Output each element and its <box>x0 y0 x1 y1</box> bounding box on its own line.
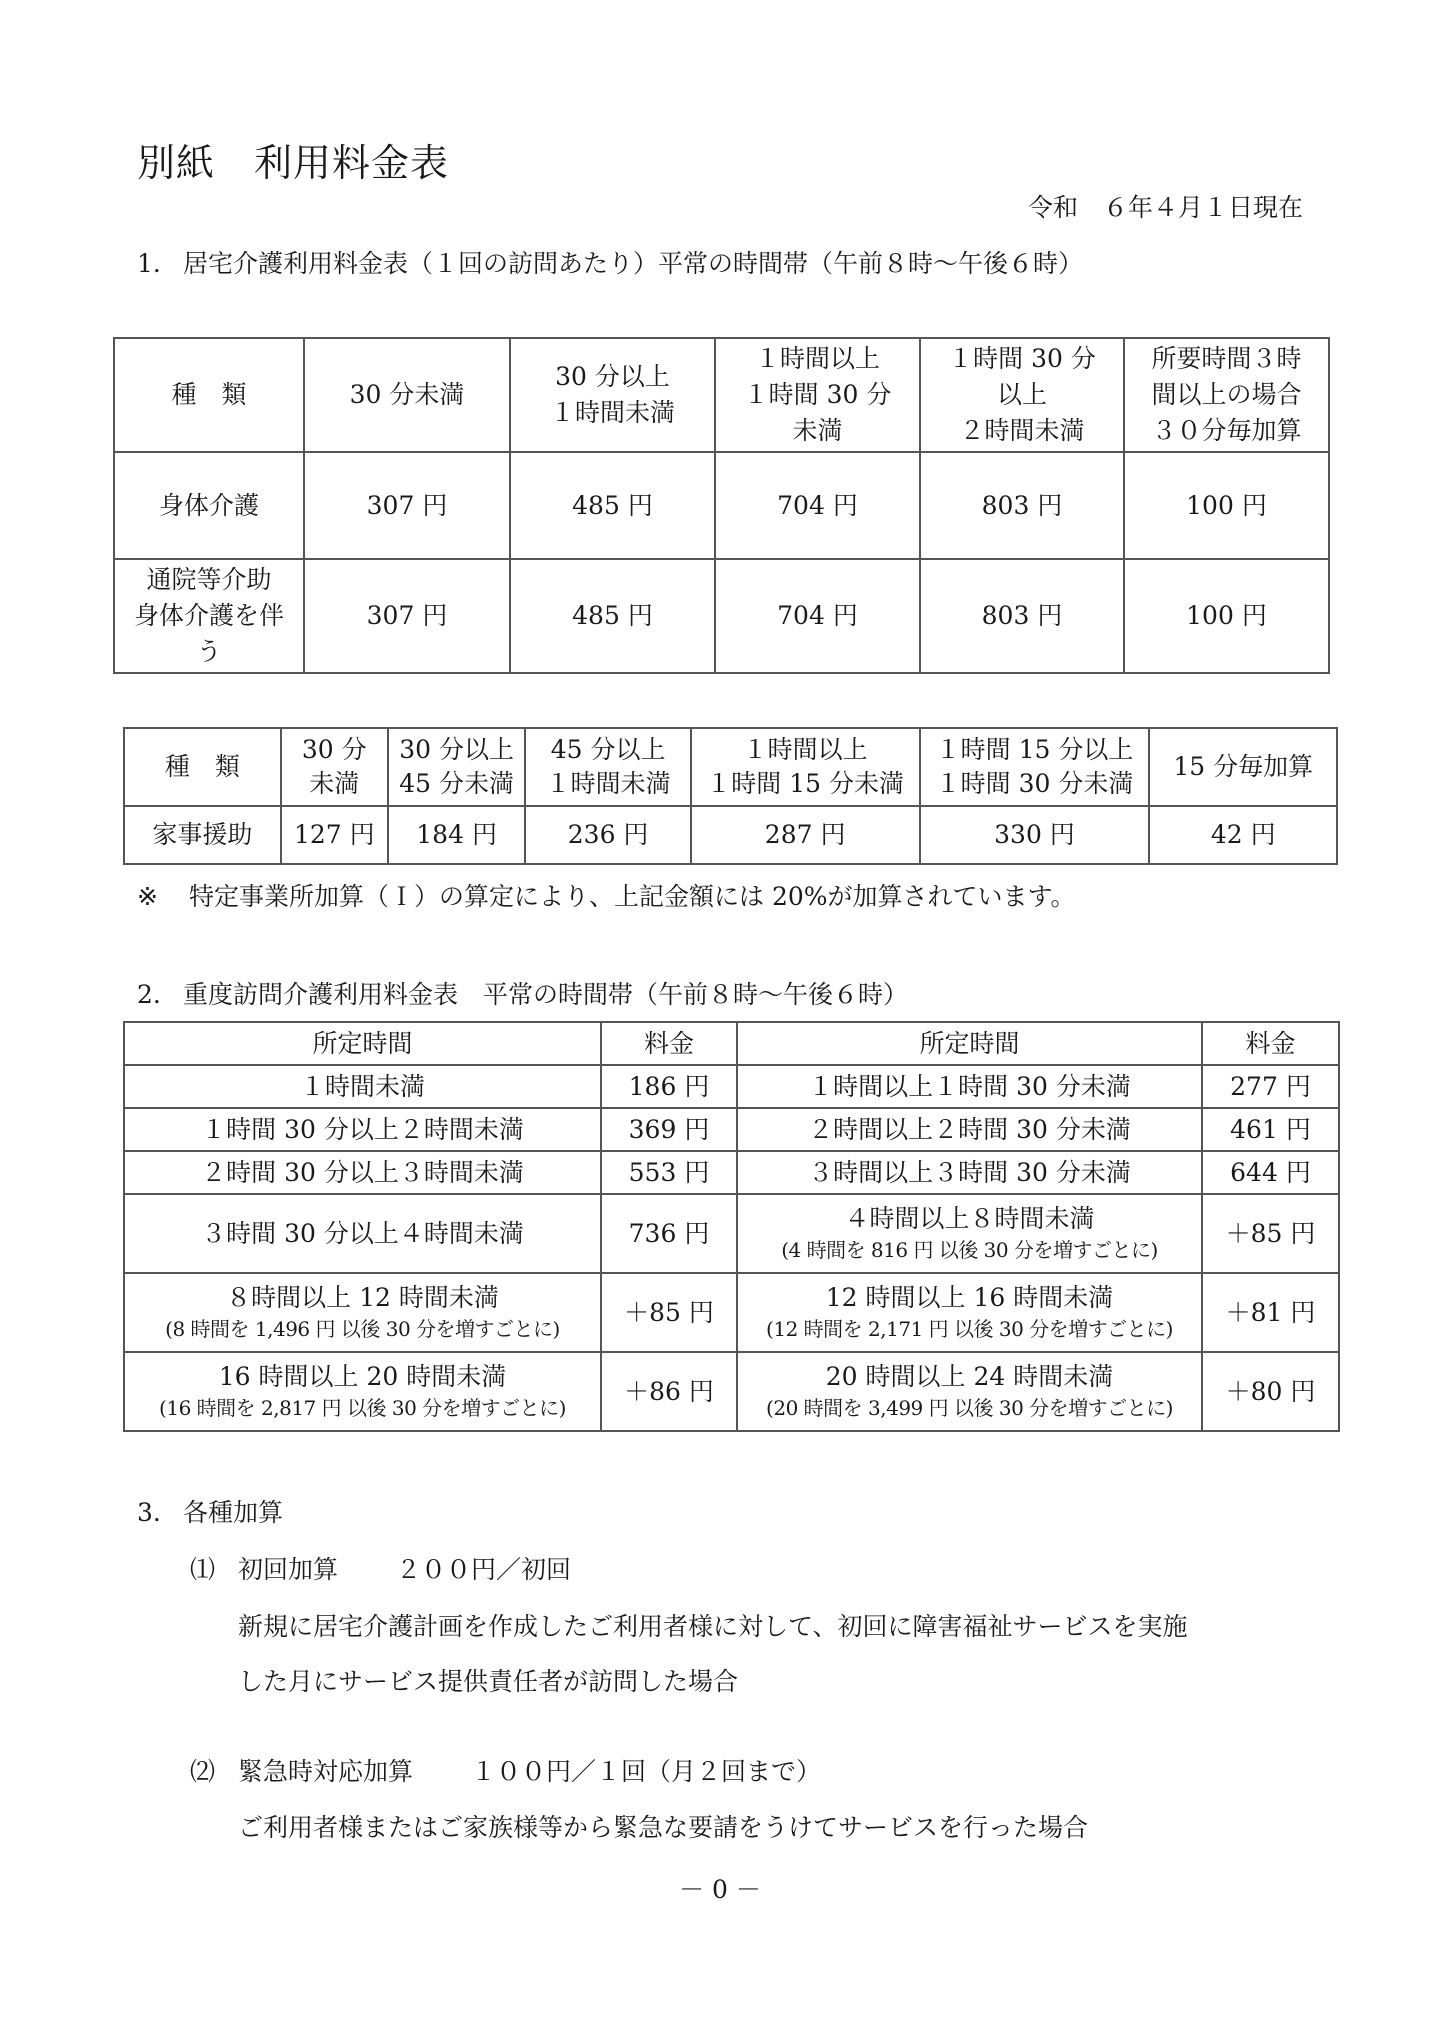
housework-fee-table: 種 類 30 分未満 30 分以上45 分未満 45 分以上１時間未満 １時間以… <box>123 727 1338 865</box>
fee-cell: 803 円 <box>920 559 1124 673</box>
item-name: 緊急時対応加算 <box>238 1757 413 1786</box>
section-3-heading: 3.各種加算 <box>137 1493 283 1529</box>
row-label: 家事援助 <box>124 806 281 864</box>
table-row: 家事援助 127 円 184 円 236 円 287 円 330 円 42 円 <box>124 806 1337 864</box>
fee-cell: ＋80 円 <box>1202 1352 1339 1431</box>
section-2-heading: 2.重度訪問介護利用料金表 平常の時間帯（午前８時～午後６時） <box>137 975 908 1011</box>
fee-cell: 42 円 <box>1149 806 1337 864</box>
row-label: 身体介護 <box>114 452 304 559</box>
time-cell: １時間未満 <box>124 1065 601 1108</box>
time-cell-note: (12 時間を 2,171 円 以後 30 分を増すごとに) <box>740 1314 1199 1344</box>
section-number: 2. <box>137 980 183 1009</box>
fee-cell: 704 円 <box>715 559 920 673</box>
fee-cell: 461 円 <box>1202 1108 1339 1151</box>
fee-cell: 736 円 <box>601 1194 737 1273</box>
time-cell-note: (16 時間を 2,817 円 以後 30 分を増すごとに) <box>127 1393 598 1423</box>
item-description: した月にサービス提供責任者が訪問した場合 <box>238 1662 738 1698</box>
header-cell: 30 分未満 <box>304 338 510 452</box>
fee-cell: 704 円 <box>715 452 920 559</box>
header-cell: 15 分毎加算 <box>1149 728 1337 806</box>
fee-cell: ＋85 円 <box>1202 1194 1339 1273</box>
item-description: ご利用者様またはご家族様等から緊急な要請をうけてサービスを行った場合 <box>238 1808 1088 1844</box>
fee-cell: 369 円 <box>601 1108 737 1151</box>
fee-cell: 236 円 <box>525 806 690 864</box>
table-row: 16 時間以上 20 時間未満(16 時間を 2,817 円 以後 30 分を増… <box>124 1352 1339 1431</box>
header-cell: １時間以上１時間 15 分未満 <box>691 728 920 806</box>
initial-addition-heading: ⑴初回加算２００円／初回 <box>190 1550 571 1586</box>
fee-cell: 277 円 <box>1202 1065 1339 1108</box>
fee-cell: 330 円 <box>920 806 1150 864</box>
row-label: 通院等介助身体介護を伴う <box>114 559 304 673</box>
section-title: 居宅介護利用料金表（１回の訪問あたり）平常の時間帯（午前８時～午後６時） <box>183 249 1083 278</box>
table-row: 通院等介助身体介護を伴う 307 円 485 円 704 円 803 円 100… <box>114 559 1329 673</box>
table-header-row: 所定時間 料金 所定時間 料金 <box>124 1022 1339 1065</box>
section-number: 3. <box>137 1498 183 1527</box>
fee-cell: 184 円 <box>388 806 526 864</box>
item-price: ２００円／初回 <box>396 1555 571 1584</box>
time-cell: ３時間以上３時間 30 分未満 <box>737 1151 1202 1194</box>
fee-cell: 287 円 <box>691 806 920 864</box>
surcharge-note: ※特定事業所加算（Ｉ）の算定により、上記金額には 20%が加算されています。 <box>137 877 1076 913</box>
item-number: ⑵ <box>190 1752 238 1788</box>
fee-cell: 127 円 <box>281 806 388 864</box>
table-header-row: 種 類 30 分未満 30 分以上45 分未満 45 分以上１時間未満 １時間以… <box>124 728 1337 806</box>
time-cell: ２時間 30 分以上３時間未満 <box>124 1151 601 1194</box>
time-cell: ８時間以上 12 時間未満(8 時間を 1,496 円 以後 30 分を増すごと… <box>124 1273 601 1352</box>
header-cell: 30 分以上１時間未満 <box>510 338 715 452</box>
table-row: 身体介護 307 円 485 円 704 円 803 円 100 円 <box>114 452 1329 559</box>
table-header-row: 種 類 30 分未満 30 分以上１時間未満 １時間以上１時間 30 分未満 １… <box>114 338 1329 452</box>
header-cell: 料金 <box>601 1022 737 1065</box>
fee-cell: 803 円 <box>920 452 1124 559</box>
time-cell: ２時間以上２時間 30 分未満 <box>737 1108 1202 1151</box>
header-cell: １時間 15 分以上１時間 30 分未満 <box>920 728 1150 806</box>
home-care-fee-table: 種 類 30 分未満 30 分以上１時間未満 １時間以上１時間 30 分未満 １… <box>113 337 1330 674</box>
section-number: 1. <box>137 249 183 278</box>
table-row: ８時間以上 12 時間未満(8 時間を 1,496 円 以後 30 分を増すごと… <box>124 1273 1339 1352</box>
section-title: 各種加算 <box>183 1498 283 1527</box>
header-cell: 料金 <box>1202 1022 1339 1065</box>
time-cell-note: (20 時間を 3,499 円 以後 30 分を増すごとに) <box>740 1393 1199 1423</box>
table-row: ３時間 30 分以上４時間未満 736 円 ４時間以上８時間未満(4 時間を 8… <box>124 1194 1339 1273</box>
header-cell: 所定時間 <box>737 1022 1202 1065</box>
section-1-heading: 1.居宅介護利用料金表（１回の訪問あたり）平常の時間帯（午前８時～午後６時） <box>137 244 1083 280</box>
header-cell: 種 類 <box>114 338 304 452</box>
fee-cell: 644 円 <box>1202 1151 1339 1194</box>
note-text: 特定事業所加算（Ｉ）の算定により、上記金額には 20%が加算されています。 <box>189 882 1076 911</box>
fee-cell: ＋86 円 <box>601 1352 737 1431</box>
fee-cell: 485 円 <box>510 452 715 559</box>
header-cell: 所定時間 <box>124 1022 601 1065</box>
severe-visit-care-fee-table: 所定時間 料金 所定時間 料金 １時間未満 186 円 １時間以上１時間 30 … <box>123 1021 1340 1432</box>
item-price: １００円／１回（月２回まで） <box>471 1757 821 1786</box>
effective-date: 令和 ６年４月１日現在 <box>1028 188 1303 224</box>
header-cell: 30 分以上45 分未満 <box>388 728 526 806</box>
item-number: ⑴ <box>190 1550 238 1586</box>
time-cell: １時間 30 分以上２時間未満 <box>124 1108 601 1151</box>
time-cell: ４時間以上８時間未満(4 時間を 816 円 以後 30 分を増すごとに) <box>737 1194 1202 1273</box>
header-cell: 所要時間３時間以上の場合３０分毎加算 <box>1124 338 1329 452</box>
table-row: １時間 30 分以上２時間未満 369 円 ２時間以上２時間 30 分未満 46… <box>124 1108 1339 1151</box>
fee-cell: ＋81 円 <box>1202 1273 1339 1352</box>
item-name: 初回加算 <box>238 1555 338 1584</box>
time-cell-note: (4 時間を 816 円 以後 30 分を増すごとに) <box>740 1235 1199 1265</box>
table-row: １時間未満 186 円 １時間以上１時間 30 分未満 277 円 <box>124 1065 1339 1108</box>
header-cell: 30 分未満 <box>281 728 388 806</box>
time-cell: ３時間 30 分以上４時間未満 <box>124 1194 601 1273</box>
header-cell: 45 分以上１時間未満 <box>525 728 690 806</box>
item-description: 新規に居宅介護計画を作成したご利用者様に対して、初回に障害福祉サービスを実施 <box>238 1607 1188 1643</box>
fee-cell: 100 円 <box>1124 452 1329 559</box>
header-cell: １時間 30 分以上２時間未満 <box>920 338 1124 452</box>
fee-cell: ＋85 円 <box>601 1273 737 1352</box>
time-cell: 16 時間以上 20 時間未満(16 時間を 2,817 円 以後 30 分を増… <box>124 1352 601 1431</box>
time-cell: １時間以上１時間 30 分未満 <box>737 1065 1202 1108</box>
section-title: 重度訪問介護利用料金表 平常の時間帯（午前８時～午後６時） <box>183 980 908 1009</box>
fee-cell: 307 円 <box>304 452 510 559</box>
emergency-addition-heading: ⑵緊急時対応加算１００円／１回（月２回まで） <box>190 1752 821 1788</box>
header-cell: 種 類 <box>124 728 281 806</box>
fee-cell: 186 円 <box>601 1065 737 1108</box>
fee-cell: 485 円 <box>510 559 715 673</box>
header-cell: １時間以上１時間 30 分未満 <box>715 338 920 452</box>
fee-cell: 100 円 <box>1124 559 1329 673</box>
time-cell: 12 時間以上 16 時間未満(12 時間を 2,171 円 以後 30 分を増… <box>737 1273 1202 1352</box>
time-cell-note: (8 時間を 1,496 円 以後 30 分を増すごとに) <box>127 1314 598 1344</box>
table-row: ２時間 30 分以上３時間未満 553 円 ３時間以上３時間 30 分未満 64… <box>124 1151 1339 1194</box>
document-title: 別紙 利用料金表 <box>137 132 449 187</box>
fee-cell: 553 円 <box>601 1151 737 1194</box>
time-cell: 20 時間以上 24 時間未満(20 時間を 3,499 円 以後 30 分を増… <box>737 1352 1202 1431</box>
page-number: － 0 － <box>0 1870 1440 1906</box>
fee-cell: 307 円 <box>304 559 510 673</box>
note-mark: ※ <box>137 882 189 911</box>
